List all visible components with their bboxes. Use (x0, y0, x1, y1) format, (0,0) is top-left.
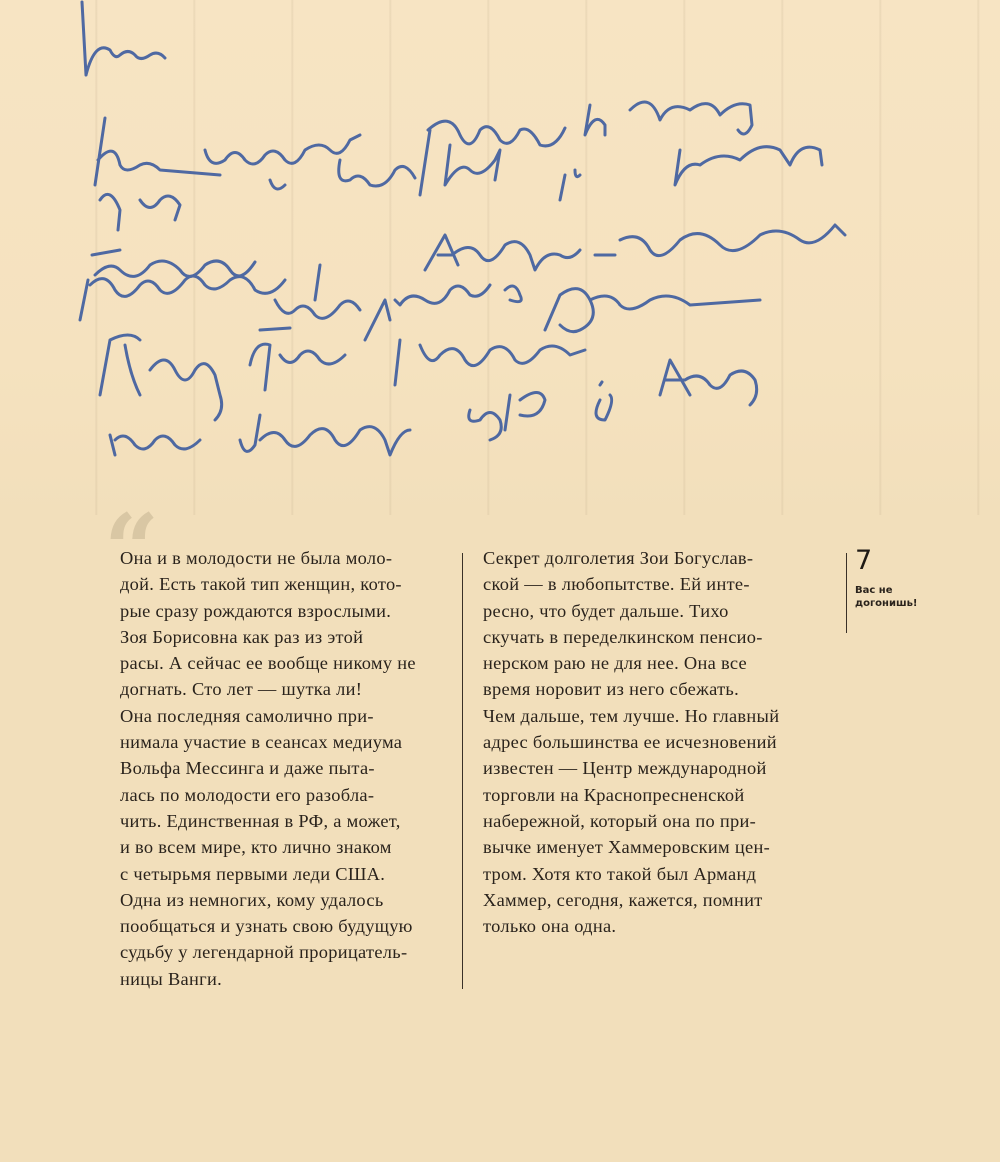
chapter-number: 7 (855, 545, 872, 576)
text-line: известен — Центр международной (483, 755, 813, 781)
text-line: нимала участие в сеансах медиума (120, 729, 450, 755)
column-divider (462, 553, 463, 989)
text-line: пообщаться и узнать свою будущую (120, 913, 450, 939)
chapter-title: Вас не догонишь! (855, 584, 935, 610)
text-line: время норовит из него сбежать. (483, 676, 813, 702)
article-column-1: Она и в молодости не была моло- дой. Ест… (120, 545, 450, 992)
text-line: чить. Единственная в РФ, а может, (120, 808, 450, 834)
chapter-title-line: догонишь! (855, 597, 935, 610)
chapter-title-line: Вас не (855, 584, 935, 597)
text-line: Она последняя самолично при- (120, 703, 450, 729)
text-line: ской — в любопытстве. Ей инте- (483, 571, 813, 597)
text-line: торговли на Краснопресненской (483, 782, 813, 808)
text-line: Она и в молодости не была моло- (120, 545, 450, 571)
text-line: набережной, который она по при- (483, 808, 813, 834)
text-line: судьбу у легендарной прорицатель- (120, 939, 450, 965)
handwritten-manuscript-image (0, 0, 1000, 515)
text-line: рые сразу рождаются взрослыми. (120, 598, 450, 624)
text-line: дой. Есть такой тип женщин, кото- (120, 571, 450, 597)
text-line: только она одна. (483, 913, 813, 939)
text-line: Секрет долголетия Зои Богуслав- (483, 545, 813, 571)
article-column-2: Секрет долголетия Зои Богуслав- ской — в… (483, 545, 813, 939)
text-line: лась по молодости его разобла- (120, 782, 450, 808)
handwriting-scribble-graphic (0, 0, 1000, 515)
text-line: Чем дальше, тем лучше. Но главный (483, 703, 813, 729)
text-line: и во всем мире, кто лично знаком (120, 834, 450, 860)
text-line: расы. А сейчас ее вообще никому не (120, 650, 450, 676)
text-line: тром. Хотя кто такой был Арманд (483, 861, 813, 887)
text-line: Зоя Борисовна как раз из этой (120, 624, 450, 650)
text-line: адрес большинства ее исчезновений (483, 729, 813, 755)
text-line: ресно, что будет дальше. Тихо (483, 598, 813, 624)
sidebar-divider (846, 553, 847, 633)
text-line: нерском раю не для нее. Она все (483, 650, 813, 676)
text-line: догнать. Сто лет — шутка ли! (120, 676, 450, 702)
text-line: скучать в переделкинском пенсио- (483, 624, 813, 650)
text-line: Одна из немногих, кому удалось (120, 887, 450, 913)
text-line: Хаммер, сегодня, кажется, помнит (483, 887, 813, 913)
text-line: ницы Ванги. (120, 966, 450, 992)
text-line: Вольфа Мессинга и даже пыта- (120, 755, 450, 781)
text-line: с четырьмя первыми леди США. (120, 861, 450, 887)
text-line: вычке именует Хаммеровским цен- (483, 834, 813, 860)
